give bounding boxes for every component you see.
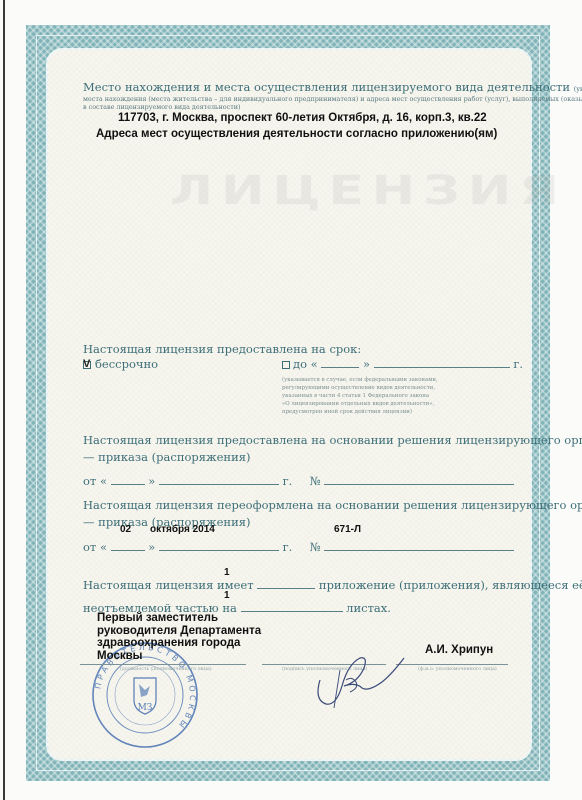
appendix-sheets: 1 bbox=[224, 590, 230, 601]
reissued-order-number: 671-Л bbox=[334, 524, 361, 535]
name-caption: (ф.и.о. уполномоченного лица) bbox=[418, 667, 497, 672]
granted-from-prefix: от « bbox=[83, 474, 107, 488]
term-note-line: предусмотрен иной срок действия лицензии… bbox=[282, 408, 412, 416]
granted-date-field: от « » г. № bbox=[83, 474, 514, 488]
signer-position-line: здравоохранения города bbox=[97, 637, 261, 650]
reissued-day: 02 bbox=[120, 524, 131, 535]
reissued-number-blank bbox=[324, 540, 514, 551]
reissued-month-year-blank bbox=[159, 540, 279, 551]
appendix-sheets-blank bbox=[241, 601, 343, 612]
position-signature-line bbox=[80, 664, 246, 665]
term-note-line: указанных в части 4 статьи 1 Федеральног… bbox=[282, 392, 429, 400]
appendix-line-1: Настоящая лицензия имеет приложение (при… bbox=[83, 578, 582, 592]
term-note-line: «О лицензировании отдельных видов деятел… bbox=[282, 400, 434, 408]
term-note-line: регулирующими осуществление видов деятел… bbox=[282, 384, 435, 392]
term-note-line: (указывается в случае, если федеральными… bbox=[282, 376, 438, 384]
until-suffix: г. bbox=[513, 357, 523, 371]
reissued-day-blank bbox=[111, 540, 145, 551]
reissued-number-label: № bbox=[310, 540, 321, 554]
location-heading-note: (указываются адрес bbox=[574, 85, 582, 93]
until-day-blank bbox=[321, 357, 359, 368]
watermark: ЛИЦЕНЗИЯ bbox=[170, 168, 567, 214]
until-date-field: до « » г. bbox=[293, 357, 523, 371]
granted-line-1: Настоящая лицензия предоставлена на осно… bbox=[83, 433, 582, 447]
appendix-count-blank bbox=[257, 578, 315, 589]
reissued-from-mid: » bbox=[148, 540, 155, 554]
granted-year-suffix: г. bbox=[283, 474, 293, 488]
location-heading-text: Место нахождения и места осуществления л… bbox=[83, 80, 570, 94]
location-note-line-2: места нахождения (места жительства – для… bbox=[83, 95, 582, 103]
term-label: Настоящая лицензия предоставлена на срок… bbox=[83, 342, 361, 356]
unlimited-label: бессрочно bbox=[95, 357, 158, 371]
granted-number-blank bbox=[324, 474, 514, 485]
checkmark-icon: V bbox=[83, 359, 90, 370]
until-mid: » bbox=[363, 357, 370, 371]
granted-line-2: — приказа (распоряжения) bbox=[83, 450, 250, 464]
until-checkbox[interactable] bbox=[282, 361, 290, 369]
svg-text:МЗ: МЗ bbox=[138, 703, 153, 713]
granted-month-year-blank bbox=[159, 474, 279, 485]
appendix-line-2-suffix: листах. bbox=[346, 601, 391, 615]
reissued-date-field: от « » г. № bbox=[83, 540, 514, 554]
granted-from-mid: » bbox=[148, 474, 155, 488]
signer-position-line: Москвы bbox=[97, 650, 261, 663]
reissued-month-year: октября 2014 bbox=[150, 524, 215, 535]
until-prefix: до « bbox=[293, 357, 318, 371]
reissued-year-suffix: г. bbox=[283, 540, 293, 554]
appendix-line-1-suffix: приложение (приложения), являющееся её bbox=[319, 578, 582, 592]
reissued-line-1: Настоящая лицензия переоформлена на осно… bbox=[83, 498, 582, 512]
appendix-count: 1 bbox=[224, 567, 230, 578]
granted-number-label: № bbox=[310, 474, 321, 488]
license-address: 117703, г. Москва, проспект 60-летия Окт… bbox=[118, 112, 487, 124]
signer-position-line: Первый заместитель bbox=[97, 612, 261, 625]
reissued-from-prefix: от « bbox=[83, 540, 107, 554]
scan-edge bbox=[3, 0, 5, 800]
handwritten-signature-icon bbox=[300, 640, 420, 730]
position-caption: (должность уполномоченного лица) bbox=[120, 667, 212, 672]
location-heading: Место нахождения и места осуществления л… bbox=[83, 80, 582, 94]
signer-position: Первый заместитель руководителя Департам… bbox=[97, 612, 261, 662]
until-month-year-blank bbox=[374, 357, 510, 368]
granted-day-blank bbox=[111, 474, 145, 485]
signer-name: А.И. Хрипун bbox=[425, 644, 493, 656]
signer-position-line: руководителя Департамента bbox=[97, 625, 261, 638]
activity-addresses-note: Адреса мест осуществления деятельности с… bbox=[96, 128, 497, 140]
location-note-line-3: в составе лицензируемого вида деятельнос… bbox=[83, 103, 241, 111]
